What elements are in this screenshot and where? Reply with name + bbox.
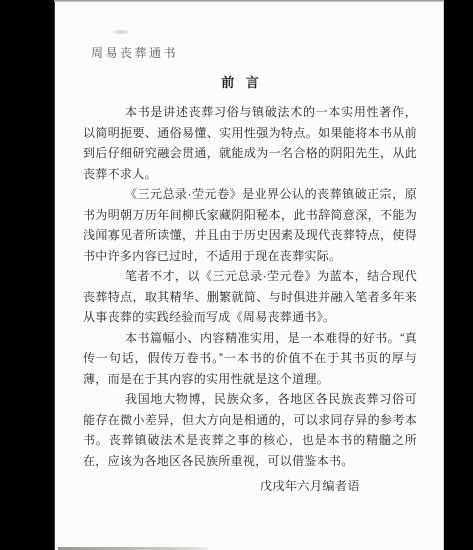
paragraph-3: 笔者不才，以《三元总录·茔元卷》为蓝本，结合现代丧葬特点，取其精华、删繁就简、与… — [83, 266, 417, 328]
paragraph-1: 本书是讲述丧葬习俗与镇破法术的一本实用性著作，以简明扼要、通俗易懂、实用性强为特… — [83, 102, 417, 184]
page-title: 前 言 — [54, 72, 444, 91]
paragraph-2: 《三元总录·茔元卷》是业界公认的丧葬镇破正宗，原书为明朝万历年间柳氏家藏阴阳秘本… — [83, 184, 417, 266]
paragraph-5: 我国地大物博，民族众多，各地区各民族丧葬习俗可能存在微小差异，但大方向是相通的，… — [83, 389, 417, 471]
scan-smudge-top — [114, 30, 128, 34]
document-page: 周易丧葬通书 前 言 本书是讲述丧葬习俗与镇破法术的一本实用性著作，以简明扼要、… — [54, 0, 444, 550]
editor-signature: 戊戌年六月编者语 — [83, 476, 417, 497]
page-top-edge-shadow — [54, 0, 444, 2]
running-header: 周易丧葬通书 — [91, 44, 178, 61]
preface-body: 本书是讲述丧葬习俗与镇破法术的一本实用性著作，以简明扼要、通俗易懂、实用性强为特… — [83, 102, 417, 497]
paragraph-4: 本书篇幅小、内容精准实用，是一本难得的好书。“真传一句话，假传万卷书。”一本书的… — [83, 328, 417, 390]
scan-background: 周易丧葬通书 前 言 本书是讲述丧葬习俗与镇破法术的一本实用性著作，以简明扼要、… — [0, 0, 473, 550]
